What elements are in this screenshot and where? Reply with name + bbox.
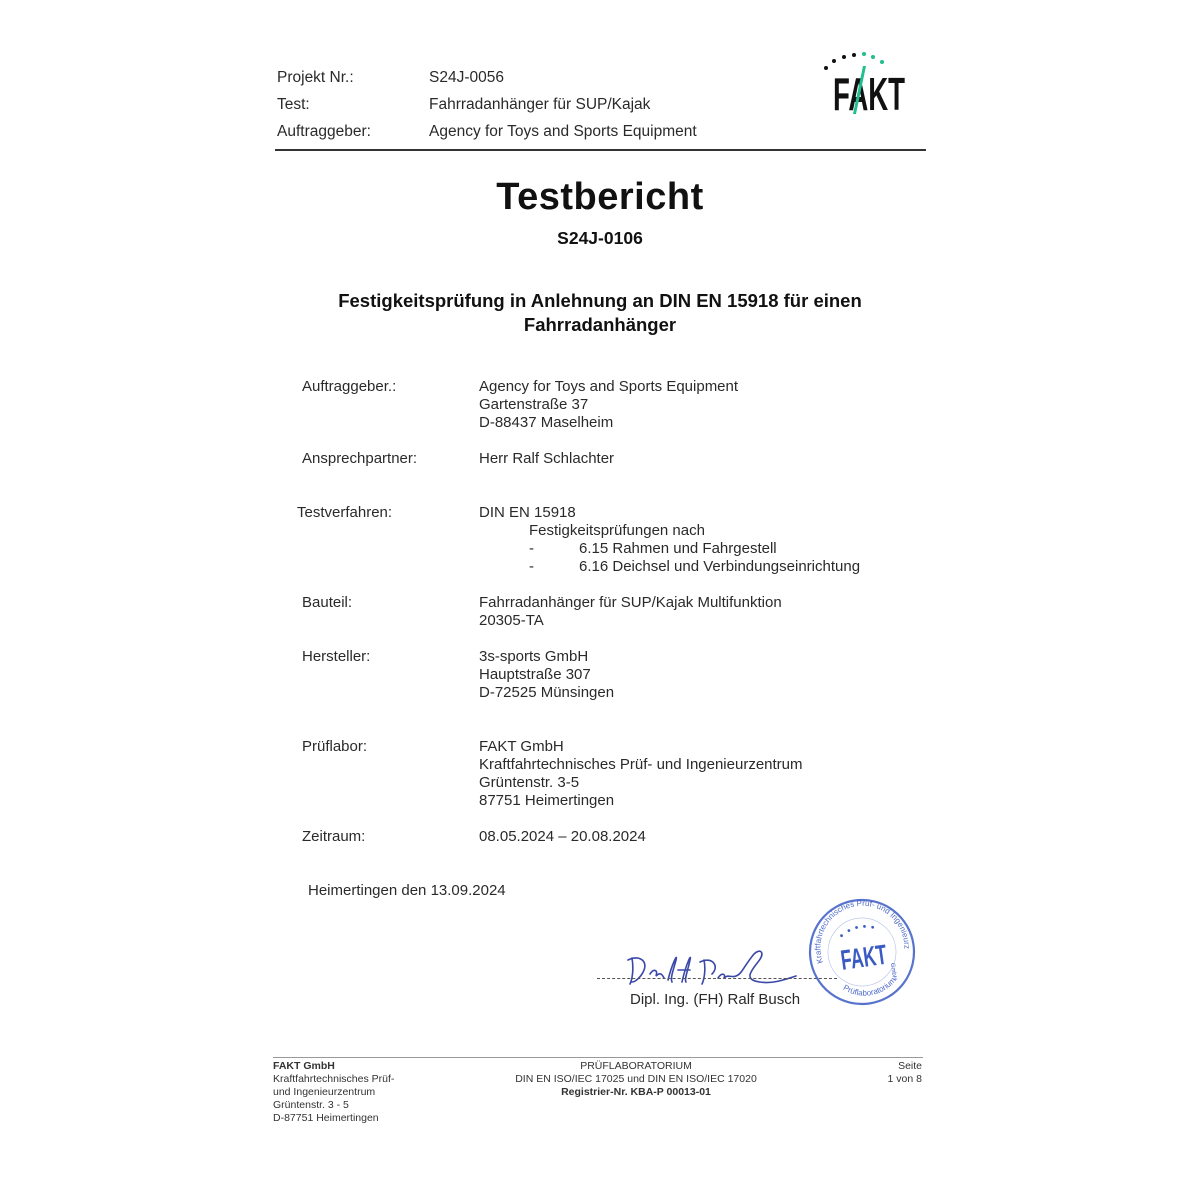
field-value: 08.05.2024 – 20.08.2024 [479,828,646,846]
manufacturer-street: Hauptstraße 307 [479,666,614,684]
procedure-item-text: 6.15 Rahmen und Fahrgestell [579,540,777,558]
client-street: Gartenstraße 37 [479,396,738,414]
company-stamp-icon: Kraftfahrtechnisches Prüf- und Ingenieur… [800,895,925,1010]
subject-line: Fahrradanhänger [0,313,1200,337]
signature-scribble [620,940,800,990]
footer-company-name: FAKT GmbH [273,1060,394,1073]
header-divider [275,149,926,151]
procedure-item-text: 6.16 Deichsel und Verbindungseinrichtung [579,558,860,576]
field-value: Agency for Toys and Sports Equipment Gar… [479,378,738,432]
test-value: Fahrradanhänger für SUP/Kajak [429,96,650,114]
field-value: Fahrradanhänger für SUP/Kajak Multifunkt… [479,594,782,630]
procedure-item: - 6.15 Rahmen und Fahrgestell [479,540,705,558]
lab-name: FAKT GmbH [479,738,803,756]
report-number: S24J-0106 [0,228,1200,249]
svg-text:Prüflaboratorium: Prüflaboratorium [840,974,899,1001]
client-label: Auftraggeber: [277,123,371,141]
place-date: Heimertingen den 13.09.2024 [308,882,506,899]
field-value: FAKT GmbH Kraftfahrtechnisches Prüf- und… [479,738,803,810]
report-subject: Festigkeitsprüfung in Anlehnung an DIN E… [0,289,1200,337]
footer-company-line: Kraftfahrtechnisches Prüf- [273,1073,394,1086]
component-name: Fahrradanhänger für SUP/Kajak Multifunkt… [479,594,782,612]
subject-line: Festigkeitsprüfung in Anlehnung an DIN E… [0,289,1200,313]
component-number: 20305-TA [479,612,782,630]
period-dates: 08.05.2024 – 20.08.2024 [479,828,646,846]
footer-company-line: D-87751 Heimertingen [273,1112,394,1125]
fakt-logo: FAKT [820,44,910,116]
document-page: Projekt Nr.: S24J-0056 Test: Fahrradanhä… [0,0,1200,1200]
field-value: Herr Ralf Schlachter [479,450,614,468]
lab-street: Grüntenstr. 3-5 [479,774,803,792]
contact-name: Herr Ralf Schlachter [479,450,614,468]
field-label: Bauteil: [302,594,352,612]
field-value: DIN EN 15918 Festigkeitsprüfungen nach -… [479,504,705,576]
footer-company-line: und Ingenieurzentrum [273,1086,394,1099]
footer-divider [273,1057,923,1058]
field-label: Ansprechpartner: [302,450,417,468]
footer-page-info: Seite 1 von 8 [822,1060,922,1086]
field-label: Auftraggeber.: [302,378,396,396]
svg-text:FAKT: FAKT [839,939,889,976]
procedure-intro: Festigkeitsprüfungen nach [479,522,705,540]
project-label: Projekt Nr.: [277,69,354,87]
report-title: Testbericht [0,176,1200,219]
page-number: 1 von 8 [822,1073,922,1086]
field-label: Zeitraum: [302,828,365,846]
client-name: Agency for Toys and Sports Equipment [479,378,738,396]
footer-company: FAKT GmbH Kraftfahrtechnisches Prüf- und… [273,1060,394,1125]
manufacturer-name: 3s-sports GmbH [479,648,614,666]
footer-standards: DIN EN ISO/IEC 17025 und DIN EN ISO/IEC … [436,1073,836,1086]
svg-text:FAKT: FAKT [833,68,905,116]
lab-description: Kraftfahrtechnisches Prüf- und Ingenieur… [479,756,803,774]
field-label: Testverfahren: [297,504,392,522]
client-value: Agency for Toys and Sports Equipment [429,123,697,141]
project-number: S24J-0056 [429,69,504,87]
footer-registration: Registrier-Nr. KBA-P 00013-01 [436,1086,836,1099]
field-value: 3s-sports GmbH Hauptstraße 307 D-72525 M… [479,648,614,702]
procedure-standard: DIN EN 15918 [479,504,705,522]
field-label: Prüflabor: [302,738,367,756]
client-city: D-88437 Maselheim [479,414,738,432]
manufacturer-city: D-72525 Münsingen [479,684,614,702]
field-label: Hersteller: [302,648,370,666]
page-label: Seite [822,1060,922,1073]
procedure-item: - 6.16 Deichsel und Verbindungseinrichtu… [479,558,705,576]
dash: - [529,540,534,558]
lab-city: 87751 Heimertingen [479,792,803,810]
footer-company-line: Grüntenstr. 3 - 5 [273,1099,394,1112]
dash: - [529,558,534,576]
footer-accreditation: PRÜFLABORATORIUM DIN EN ISO/IEC 17025 un… [436,1060,836,1099]
signatory-name: Dipl. Ing. (FH) Ralf Busch [630,991,800,1008]
footer-lab-heading: PRÜFLABORATORIUM [436,1060,836,1073]
test-label: Test: [277,96,310,114]
